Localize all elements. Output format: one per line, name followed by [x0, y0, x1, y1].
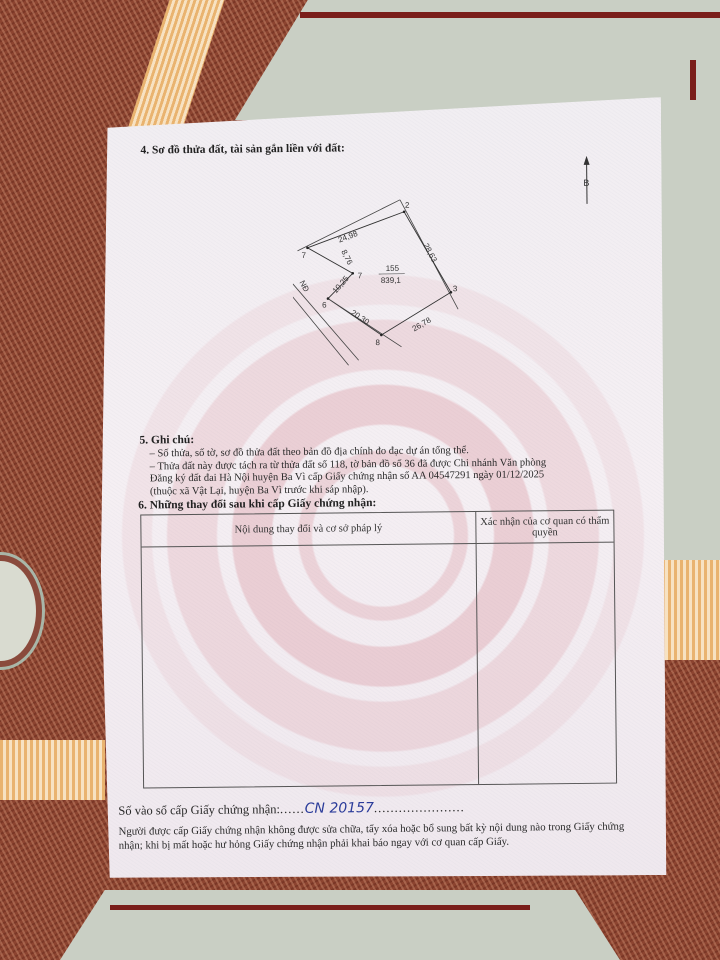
svg-text:8,76: 8,76: [339, 248, 354, 266]
svg-text:839,1: 839,1: [381, 276, 402, 285]
floor-border: [300, 12, 720, 18]
land-certificate-page: 4. Sơ đồ thửa đất, tài sản gắn liền với …: [96, 97, 669, 881]
floor-tile: [60, 890, 620, 960]
registry-number-line: Số vào sổ cấp Giấy chứng nhận:......CN 2…: [118, 799, 464, 819]
svg-text:7: 7: [358, 271, 363, 280]
svg-text:8: 8: [375, 338, 380, 347]
north-arrow-icon: B: [580, 156, 595, 206]
svg-text:2: 2: [405, 201, 410, 210]
svg-text:6: 6: [322, 301, 327, 310]
authority-confirmation-cell: [477, 543, 617, 784]
warning-notice: Người được cấp Giấy chứng nhận không đượ…: [119, 819, 639, 852]
svg-text:3: 3: [453, 284, 458, 293]
svg-text:7: 7: [302, 251, 307, 260]
svg-text:26,78: 26,78: [411, 315, 433, 333]
section-6-title: 6. Những thay đổi sau khi cấp Giấy chứng…: [138, 497, 376, 511]
column-header-authority: Xác nhận của cơ quan có thẩm quyền: [476, 511, 613, 544]
floor-border: [690, 60, 696, 100]
section-4-title: 4. Sơ đồ thửa đất, tài sản gắn liền với …: [140, 142, 344, 156]
changes-table: Nội dung thay đổi và cơ sở pháp lý Xác n…: [140, 510, 617, 789]
registry-number-handwritten: CN 20157: [305, 800, 374, 817]
svg-text:B: B: [583, 178, 589, 188]
svg-text:10,25: 10,25: [331, 274, 351, 295]
column-header-content: Nội dung thay đổi và cơ sở pháp lý: [141, 512, 476, 548]
changes-content-cell: [142, 544, 479, 787]
section-5-title: 5. Ghi chú:: [139, 434, 194, 447]
svg-text:20,30: 20,30: [349, 308, 371, 327]
svg-text:28,63: 28,63: [421, 242, 439, 264]
parcel-sketch: 2 3 8 6 7 7 155 839,1 24,98 28,63 26,78 …: [292, 194, 484, 366]
floor-border: [110, 905, 530, 910]
svg-text:155: 155: [386, 264, 400, 273]
floor-stripe: [0, 740, 105, 800]
registry-label: Số vào sổ cấp Giấy chứng nhận:: [118, 802, 280, 818]
svg-text:24,98: 24,98: [337, 229, 359, 245]
notes-block: – Số thửa, số tờ, sơ đồ thửa đất theo bả…: [150, 443, 650, 498]
